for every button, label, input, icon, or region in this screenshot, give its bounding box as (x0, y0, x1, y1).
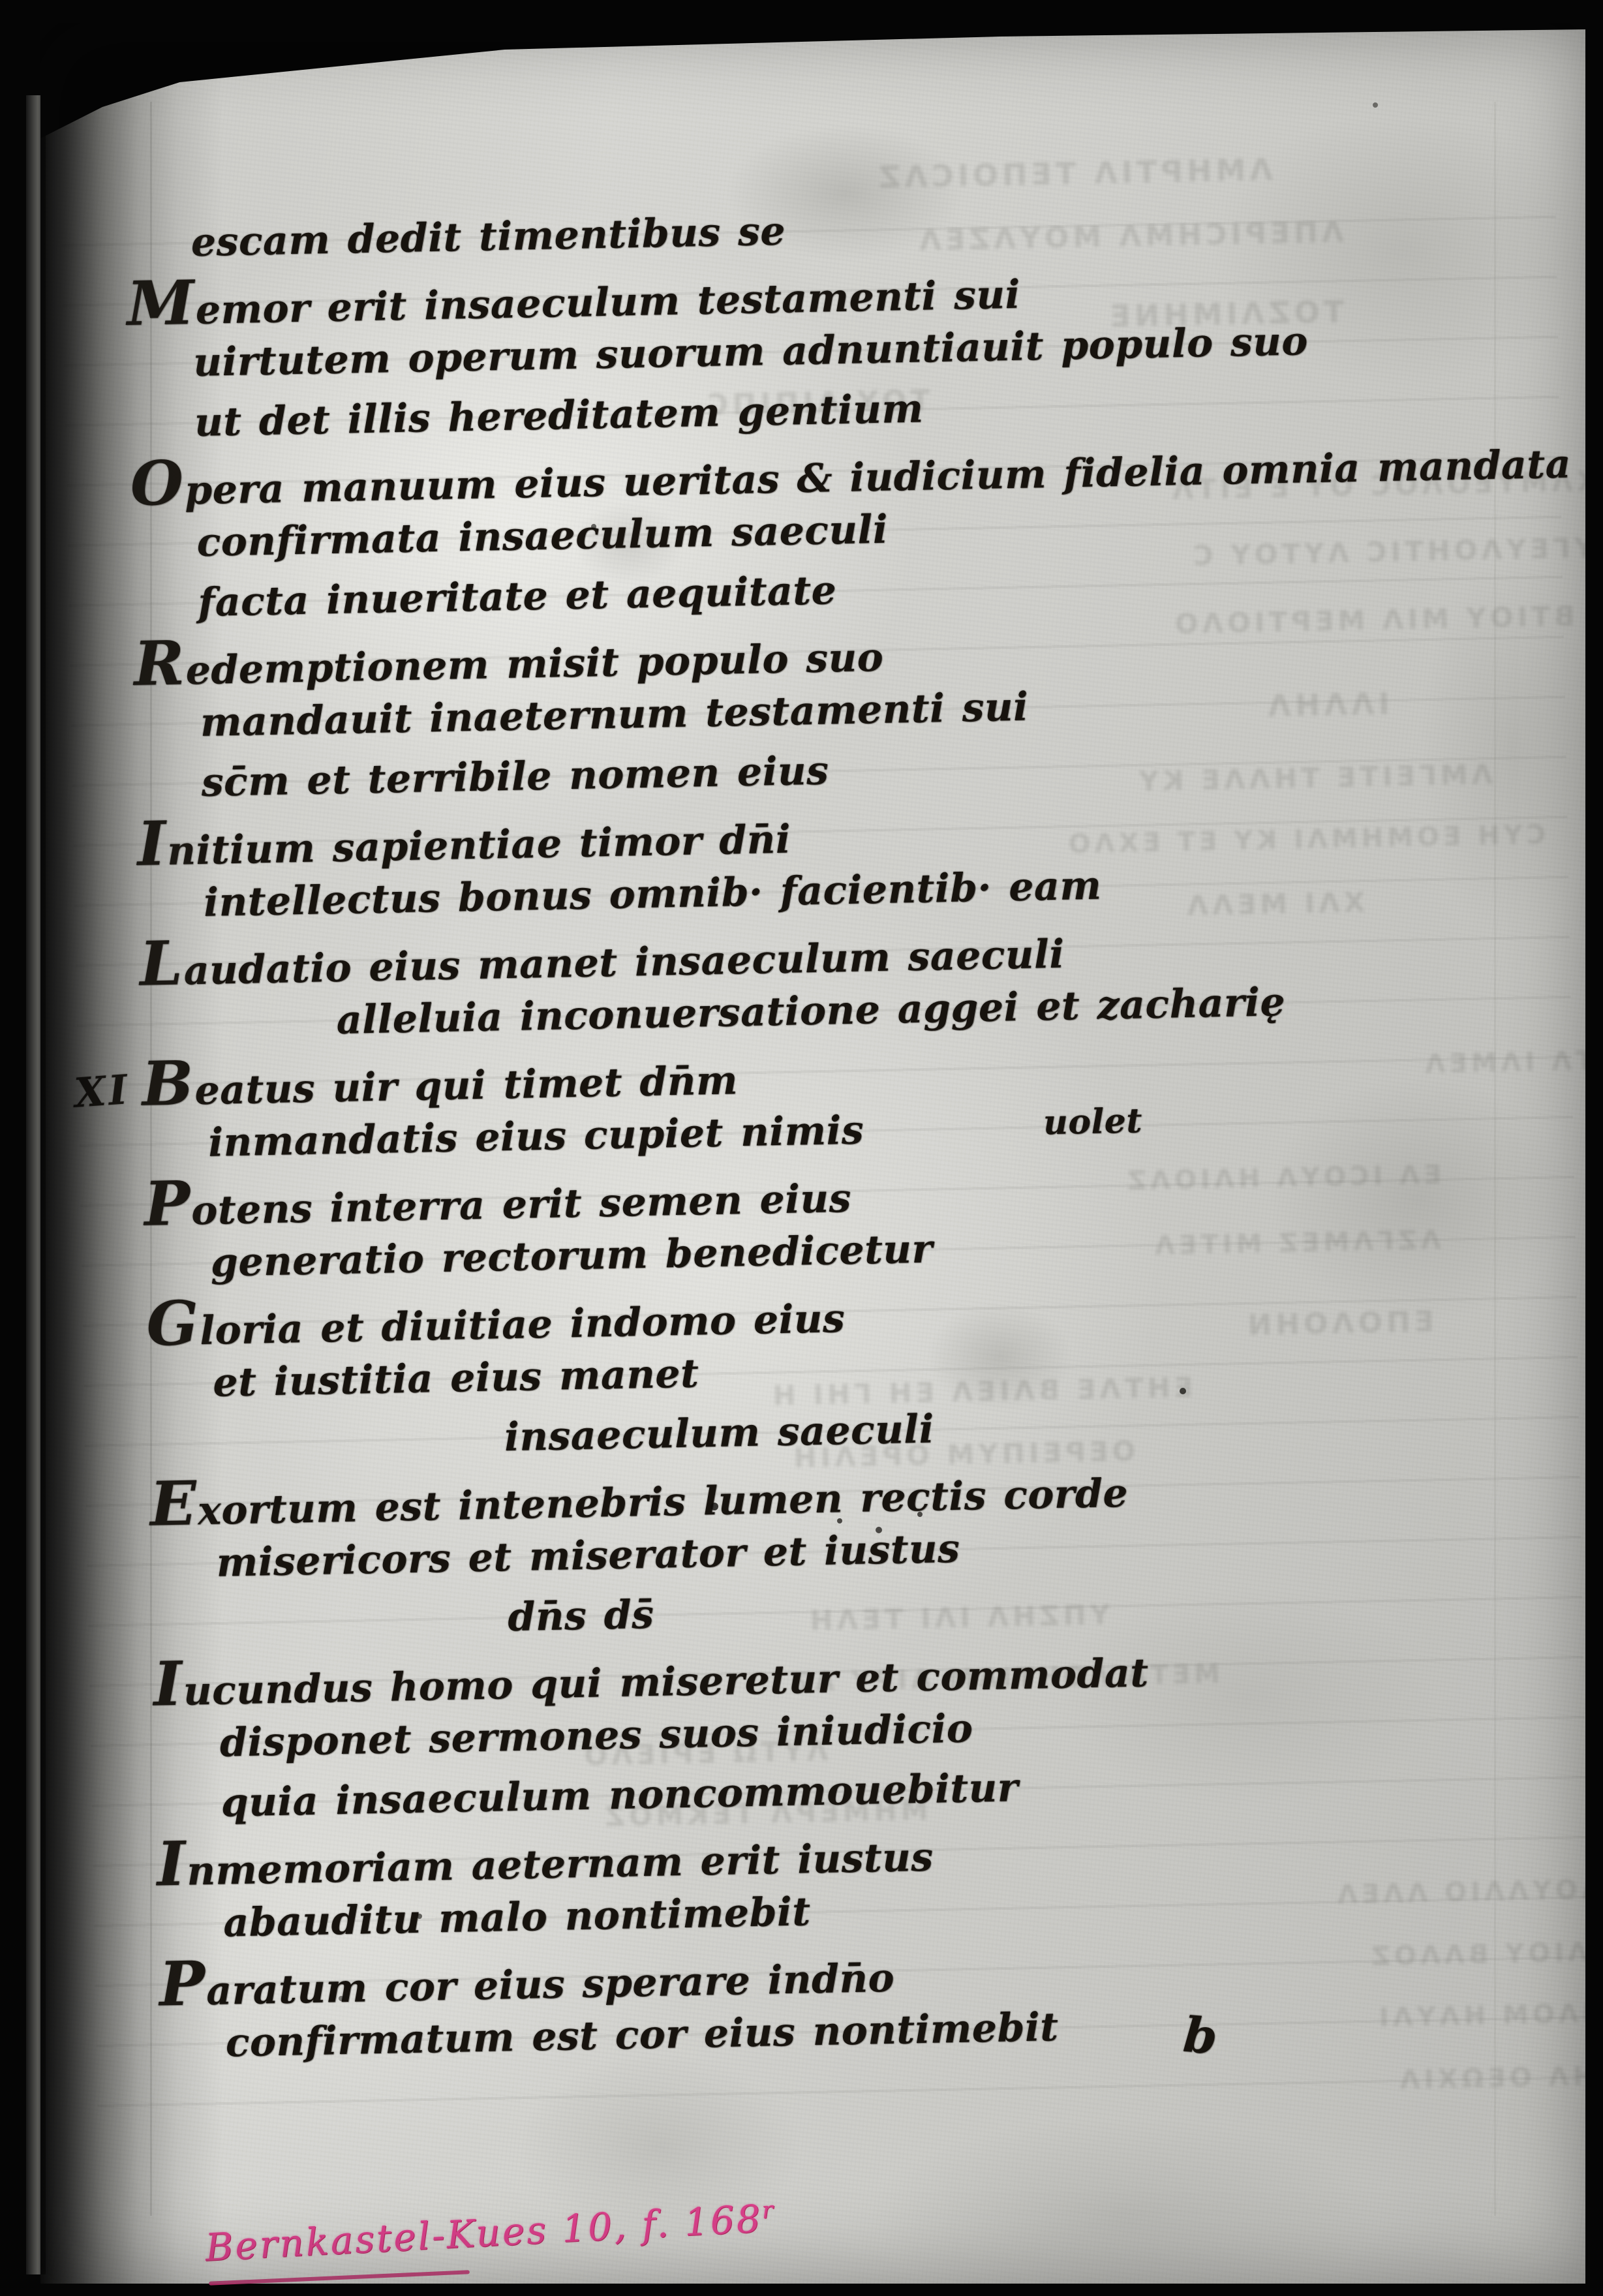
page-right-edge (1585, 23, 1603, 2284)
photograph-canvas: ΛΜΗΡΤΙΛ ΤΕΠΟΙϹΛΖΛΠΕΡΙϹΗΜΛ ΜΟΥΛΖΕΛΤΟΖΛΙΜΗ… (0, 0, 1603, 2296)
photo-vignette (40, 23, 1588, 2284)
manuscript-page: ΛΜΗΡΤΙΛ ΤΕΠΟΙϹΛΖΛΠΕΡΙϹΗΜΛ ΜΟΥΛΖΕΛΤΟΖΛΙΜΗ… (40, 23, 1588, 2284)
